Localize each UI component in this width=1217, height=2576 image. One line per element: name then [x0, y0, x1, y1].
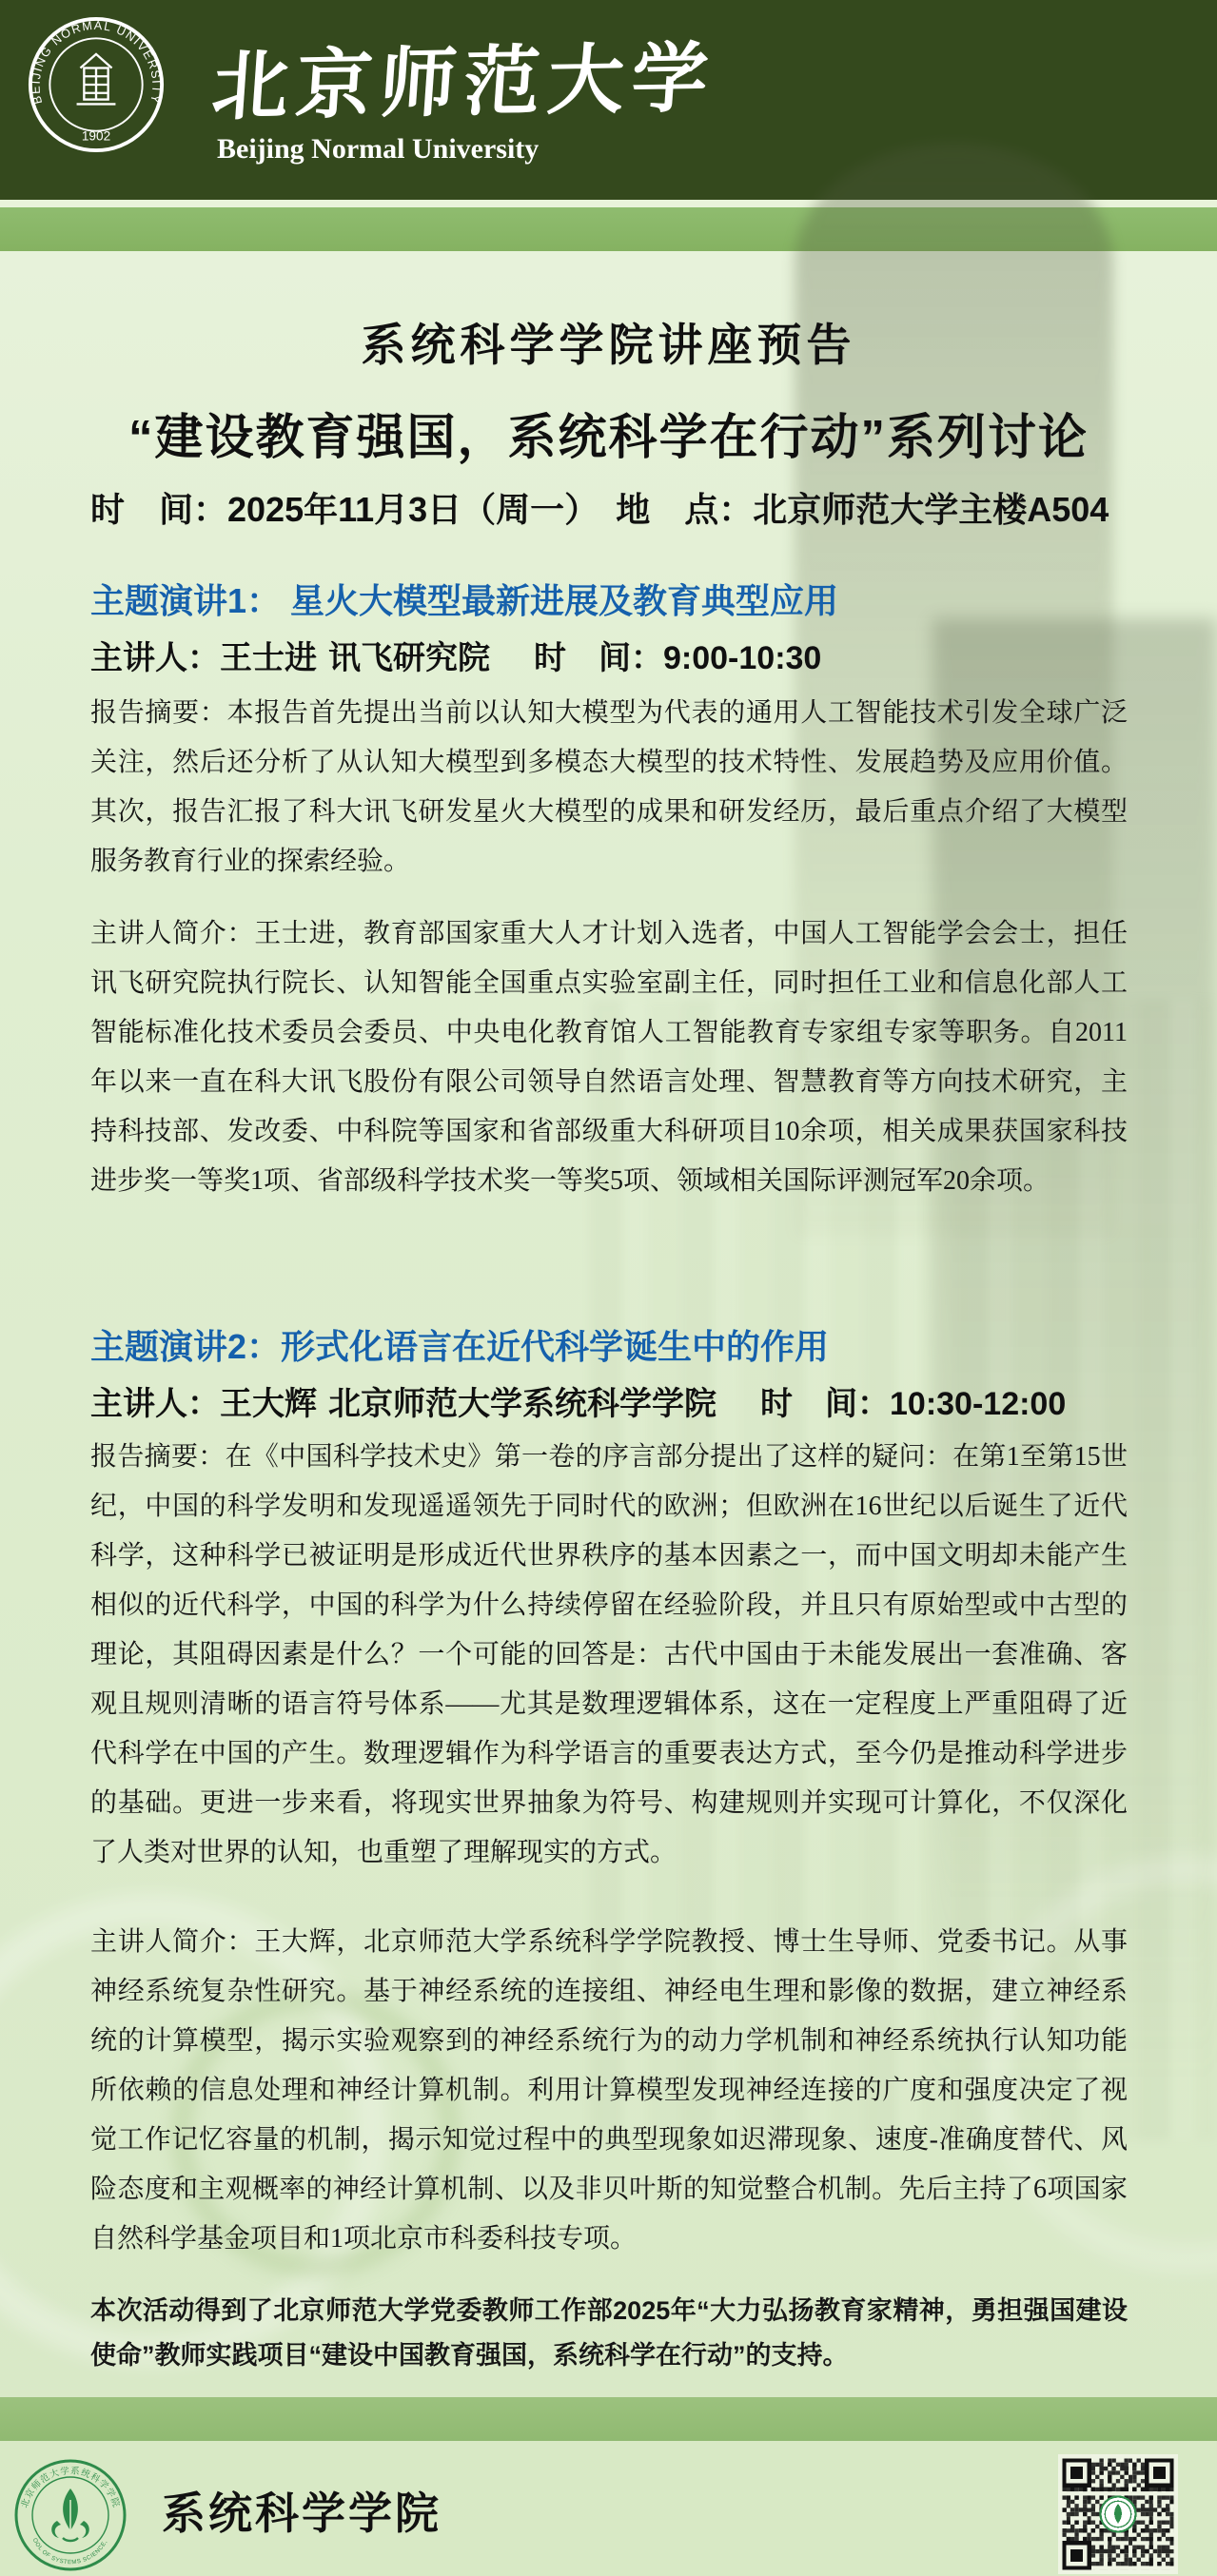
header-bar: BEIJING NORMAL UNIVERSITY 1902 北京师范大学 Be… — [0, 0, 1217, 200]
speaker-label: 主讲人： — [90, 1386, 220, 1422]
event-date: 2025年11月3日（周一） — [227, 490, 581, 529]
support-note: 本次活动得到了北京师范大学党委教师工作部2025年“大力弘扬教育家精神，勇担强国… — [90, 2289, 1128, 2378]
talk2-speaker-line: 主讲人：王大辉北京师范大学系统科学学院时 间：10:30-12:00 — [90, 1377, 1128, 1424]
school-seal-icon: 北京师范大学系统科学学院 SCHOOL OF SYSTEMS SCIENCE, … — [13, 2458, 128, 2572]
footer-bar: 北京师范大学系统科学学院 SCHOOL OF SYSTEMS SCIENCE, … — [0, 2441, 1217, 2576]
qr-center-seal — [1101, 2497, 1136, 2532]
school-name: 系统科学学院 — [162, 2479, 442, 2542]
bnu-seal-icon: BEIJING NORMAL UNIVERSITY 1902 — [27, 15, 166, 154]
talk-time: 10:30-12:00 — [890, 1386, 1066, 1422]
green-band-bottom — [0, 2397, 1217, 2441]
series-title: “建设教育强国，系统科学在行动”系列讨论 — [0, 398, 1217, 468]
speaker-label: 主讲人： — [90, 640, 220, 676]
university-name-en: Beijing Normal University — [217, 133, 539, 166]
talk2-abstract: 报告摘要：在《中国科学技术史》第一卷的序言部分提出了这样的疑问：在第1至第15世… — [90, 1433, 1128, 1878]
bnu-seal-emblem — [77, 54, 116, 105]
speaker-affiliation: 北京师范大学系统科学学院 — [328, 1386, 716, 1422]
talk-time-label: 时 间： — [760, 1386, 890, 1422]
green-band-top — [0, 207, 1217, 251]
lecture-poster: BEIJING NORMAL UNIVERSITY 1902 北京师范大学 Be… — [0, 0, 1217, 2576]
header-divider — [0, 200, 1217, 207]
talk2-speaker-bio: 主讲人简介：王大辉，北京师范大学系统科学学院教授、博士生导师、党委书记。从事神经… — [90, 1918, 1128, 2264]
bnu-seal-year: 1902 — [82, 128, 110, 143]
location-label: 地 点： — [581, 490, 753, 529]
page-title: 系统科学学院讲座预告 — [0, 310, 1217, 374]
speaker-name: 王大辉 — [220, 1386, 317, 1422]
talk2-heading: 主题演讲2：形式化语言在近代科学诞生中的作用 — [90, 1320, 1128, 1369]
time-label: 时 间： — [90, 490, 227, 529]
speaker-affiliation: 讯飞研究院 — [328, 640, 490, 676]
qr-code — [1058, 2454, 1178, 2574]
talk1-heading: 主题演讲1： 星火大模型最新进展及教育典型应用 — [90, 575, 1128, 623]
talk-time-label: 时 间： — [534, 640, 663, 676]
talk1-abstract: 报告摘要：本报告首先提出当前以认知大模型为代表的通用人工智能技术引发全球广泛关注… — [90, 689, 1128, 887]
speaker-name: 王士进 — [220, 640, 317, 676]
leaf-icon — [51, 2488, 89, 2541]
talk1-speaker-bio: 主讲人简介：王士进，教育部国家重大人才计划入选者，中国人工智能学会会士，担任讯飞… — [90, 909, 1128, 1206]
talk-time: 9:00-10:30 — [663, 640, 821, 676]
talk1-speaker-line: 主讲人：王士进讯飞研究院时 间：9:00-10:30 — [90, 632, 1128, 678]
datetime-location-line: 时 间：2025年11月3日（周一） 地 点：北京师范大学主楼A504 — [90, 483, 1128, 532]
event-location: 北京师范大学主楼A504 — [753, 490, 1109, 529]
university-name-cn: 北京师范大学 — [209, 16, 720, 134]
